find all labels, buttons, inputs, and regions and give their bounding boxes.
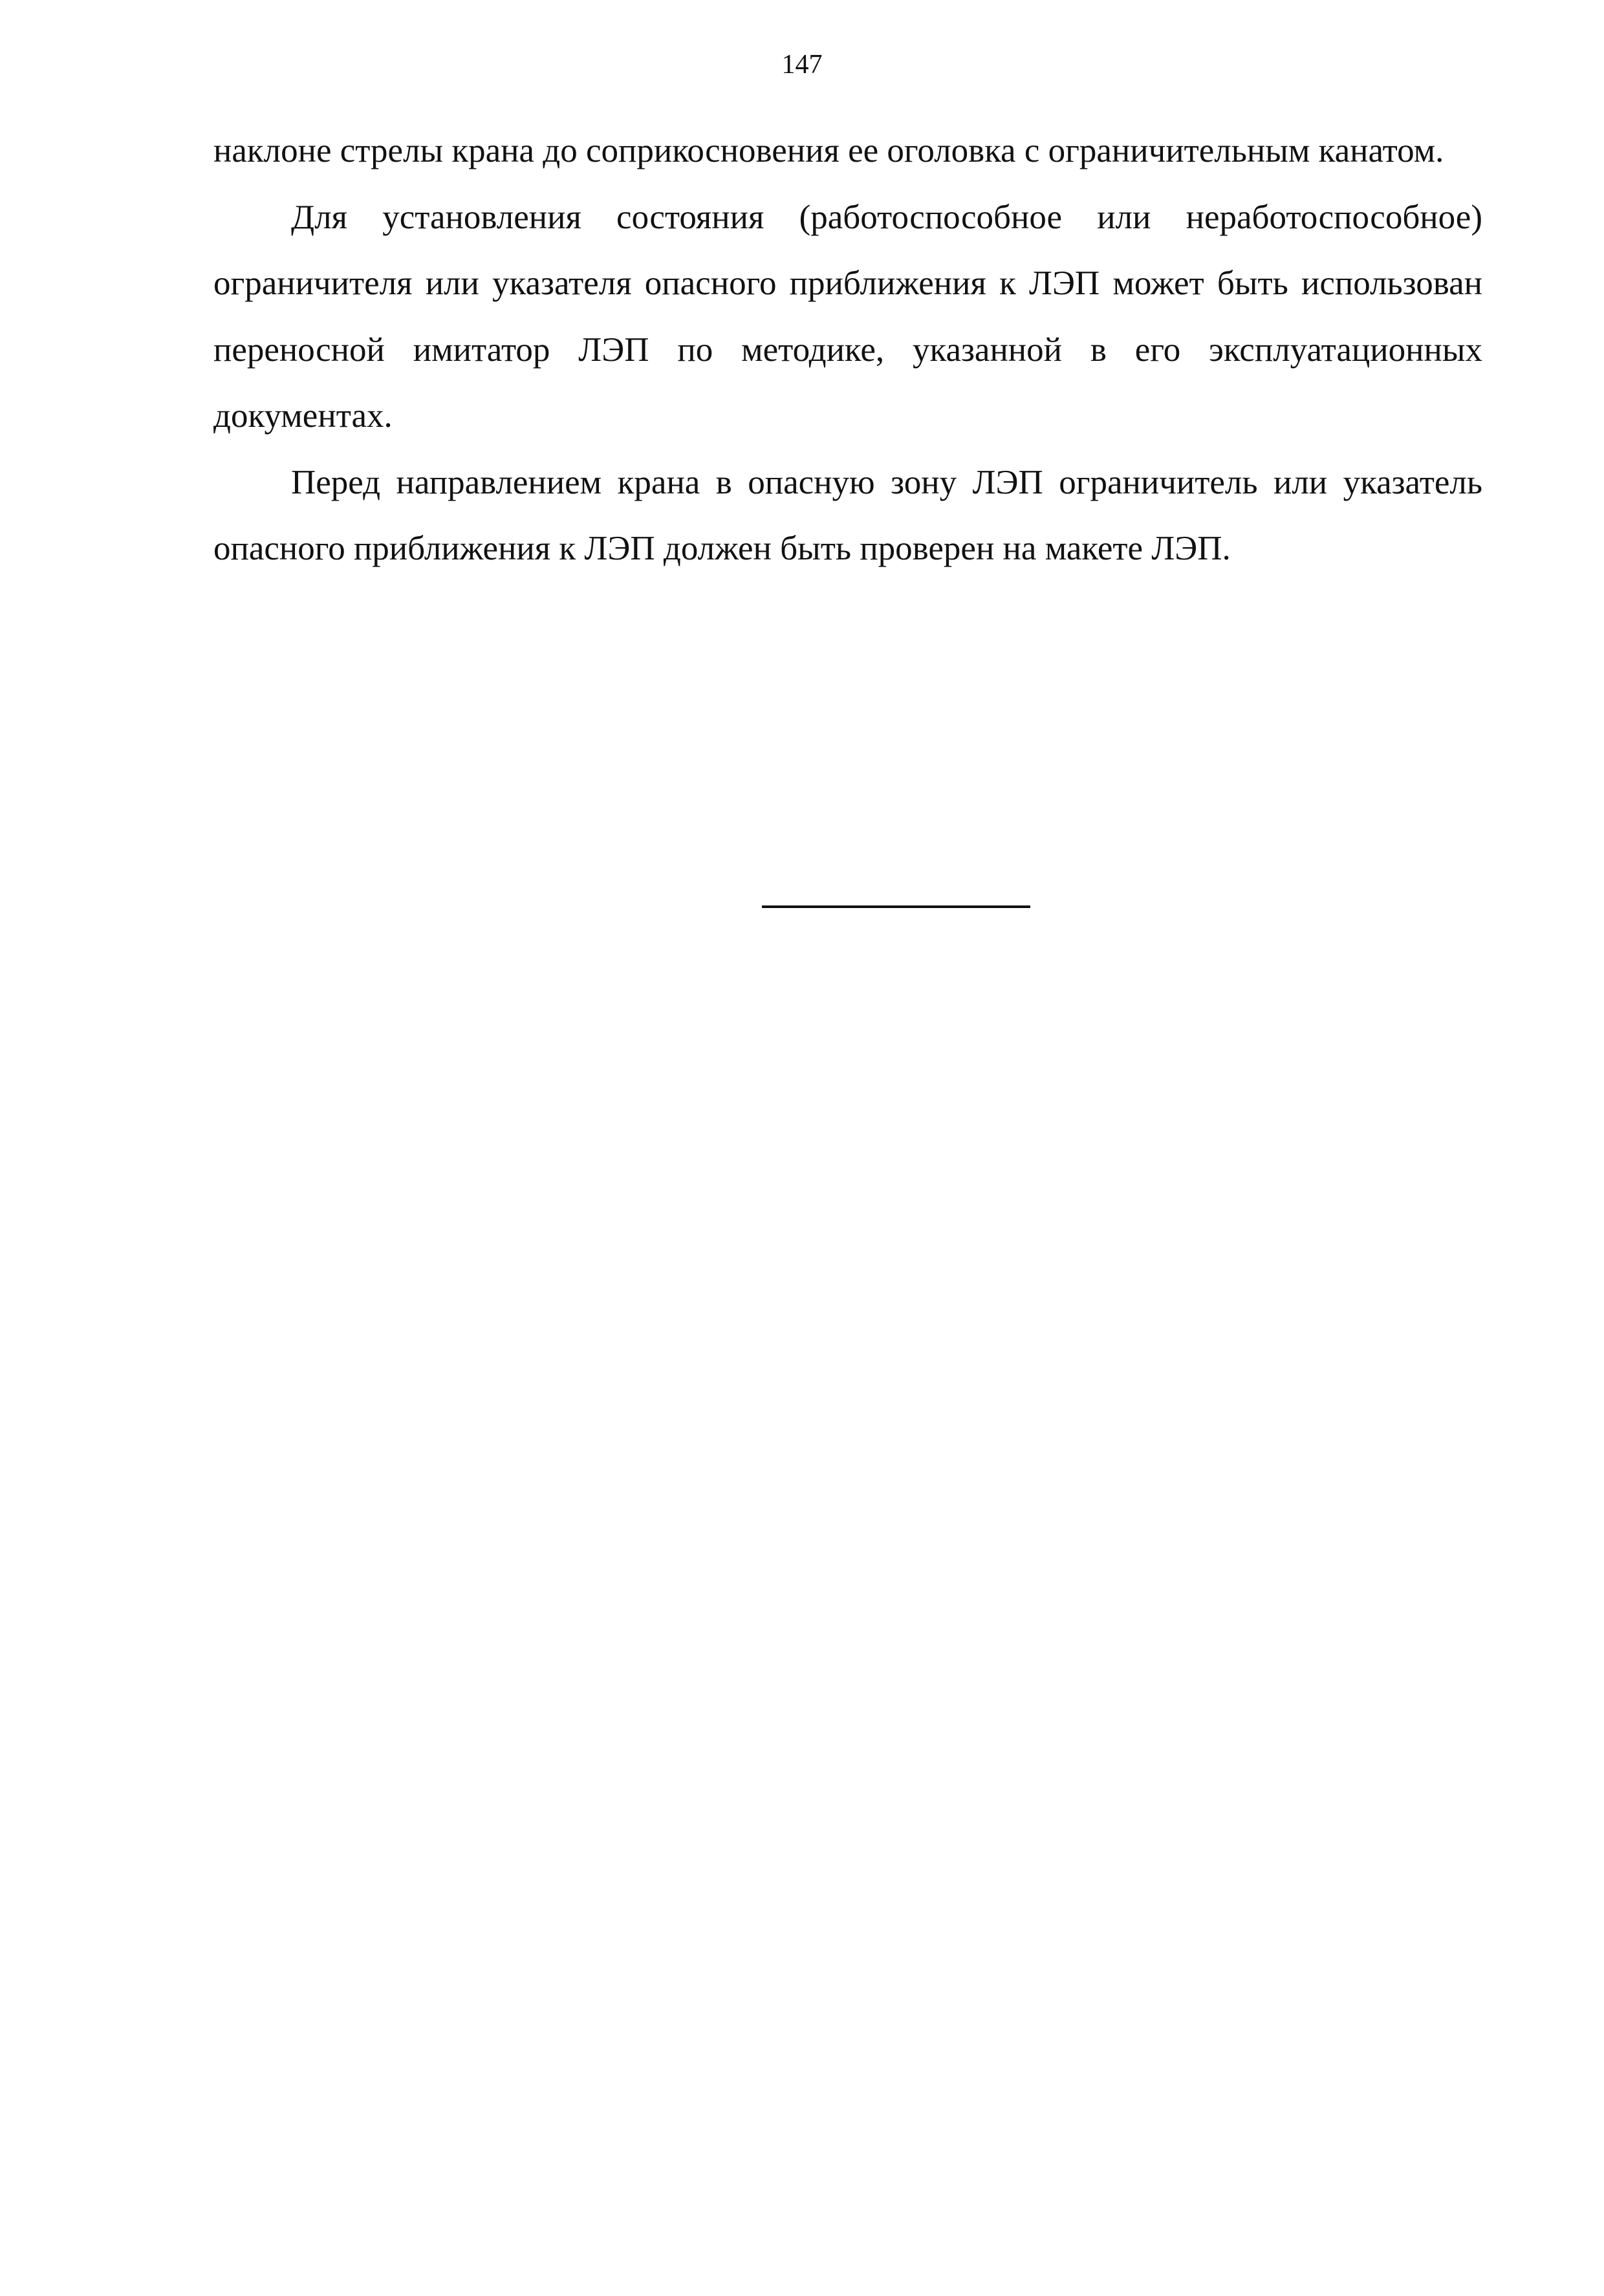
section-end-divider	[762, 905, 1030, 908]
paragraph-continuation: наклоне стрелы крана до соприкосновения …	[213, 118, 1482, 184]
paragraph-state-check: Для установления состояния (работоспособ…	[213, 184, 1482, 449]
paragraph-danger-zone-check: Перед направлением крана в опасную зону …	[213, 449, 1482, 582]
page-number: 147	[0, 45, 1604, 84]
document-body: наклоне стрелы крана до соприкосновения …	[213, 118, 1482, 582]
